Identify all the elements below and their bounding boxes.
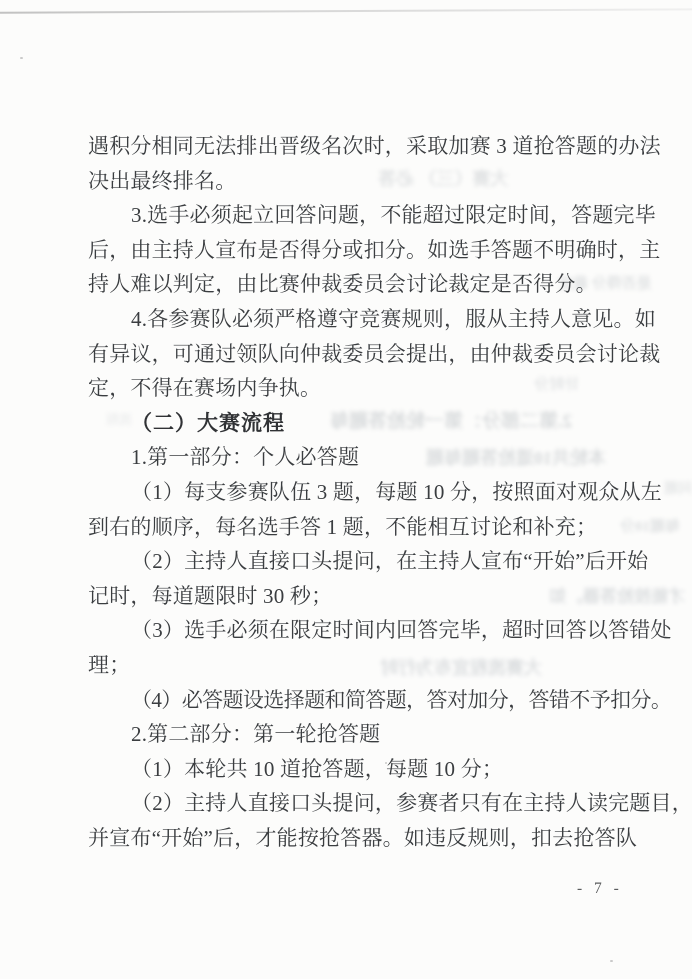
document-body: 遇积分相同无法排出晋级名次时，采取加赛 3 道抢答题的办法 决出最终排名。 3.…	[88, 129, 640, 855]
text-line: 有异议，可通过领队向仲裁委员会提出，由仲裁委员会讨论裁	[88, 337, 640, 372]
page-number: - 7 -	[577, 880, 623, 898]
scan-edge-line	[0, 8, 692, 13]
text-line: 持人难以判定，由比赛仲裁委员会讨论裁定是否得分。	[88, 267, 640, 302]
text-line: （2）主持人直接口头提问，在主持人宣布“开始”后开始	[88, 544, 640, 579]
text-line: 决出最终排名。	[88, 164, 640, 199]
text-line: 后，由主持人宣布是否得分或扣分。如选手答题不明确时，主	[88, 233, 640, 268]
text-line: 并宣布“开始”后，才能按抢答器。如违反规则，扣去抢答队	[88, 821, 640, 856]
text-line: （4）必答题设选择题和简答题，答对加分，答错不予扣分。	[88, 683, 640, 718]
section-heading: （二）大赛流程	[88, 406, 640, 441]
text-line: （2）主持人直接口头提问，参赛者只有在主持人读完题目，	[88, 786, 640, 821]
text-line: （3）选手必须在限定时间内回答完毕，超时回答以答错处	[88, 613, 640, 648]
bleedthrough-mark: 问题	[664, 478, 692, 498]
text-line: 到右的顺序，每名选手答 1 题，不能相互讨论和补充；	[88, 510, 640, 545]
text-line: 遇积分相同无法排出晋级名次时，采取加赛 3 道抢答题的办法	[88, 129, 640, 164]
text-line: 定，不得在赛场内争执。	[88, 371, 640, 406]
scanned-page: 大赛（三） 必答 是否得分 裁定 计时分 2.第二部分：第一轮抢答题每 本轮共1…	[0, 0, 692, 979]
scan-speck	[20, 57, 23, 59]
text-line: 记时，每道题限时 30 秒；	[88, 579, 640, 614]
text-line: 4.各参赛队必须严格遵守竞赛规则，服从主持人意见。如	[88, 302, 640, 337]
subsection-title: 2.第二部分：第一轮抢答题	[88, 717, 640, 752]
subsection-title: 1.第一部分：个人必答题	[88, 440, 640, 475]
text-line: 理；	[88, 648, 640, 683]
text-line: 3.选手必须起立回答问题，不能超过限定时间，答题完毕	[88, 198, 640, 233]
text-line: （1）每支参赛队伍 3 题，每题 10 分，按照面对观众从左	[88, 475, 640, 510]
text-line: （1）本轮共 10 道抢答题，每题 10 分；	[88, 752, 640, 787]
scan-speck	[610, 960, 613, 962]
